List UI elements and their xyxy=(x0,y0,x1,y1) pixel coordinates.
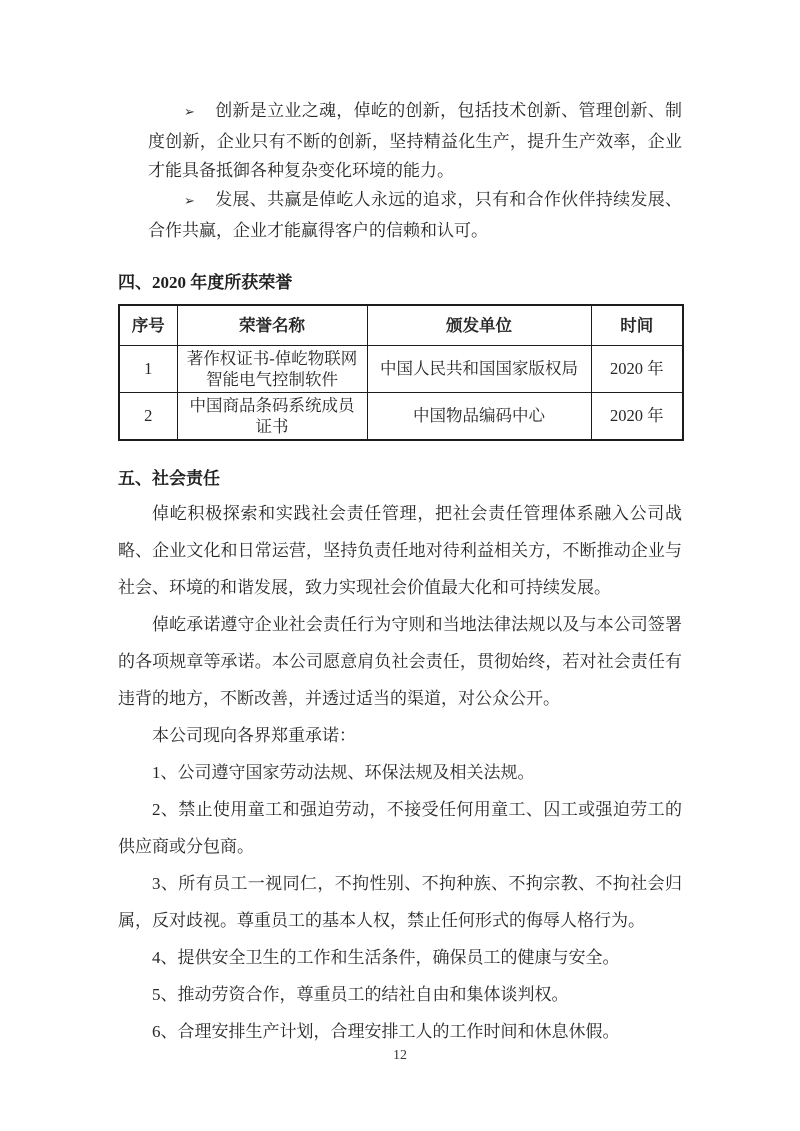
honors-table-header-row: 序号 荣誉名称 颁发单位 时间 xyxy=(119,305,683,345)
intro-bullet-1-text: 创新是立业之魂，倬屹的创新，包括技术创新、管理创新、制度创新，企业只有不断的创新… xyxy=(148,101,682,180)
page-number: 12 xyxy=(0,1048,800,1064)
commitment-item-2: 2、禁止使用童工和强迫劳动，不接受任何用童工、囚工或强迫劳工的供应商或分包商。 xyxy=(118,791,682,865)
intro-bullet-2-text: 发展、共赢是倬屹人永远的追求，只有和合作伙伴持续发展、合作共赢，企业才能赢得客户… xyxy=(148,190,682,240)
honors-header-index: 序号 xyxy=(119,305,177,345)
honors-table: 序号 荣誉名称 颁发单位 时间 1 著作权证书-倬屹物联网智能电气控制软件 中国… xyxy=(118,304,684,441)
honor-1-name: 著作权证书-倬屹物联网智能电气控制软件 xyxy=(177,345,367,392)
table-row: 2 中国商品条码系统成员证书 中国物品编码中心 2020 年 xyxy=(119,392,683,440)
honor-2-time: 2020 年 xyxy=(591,392,683,440)
arrow-bullet-icon: ➢ xyxy=(184,194,195,209)
honors-header-name: 荣誉名称 xyxy=(177,305,367,345)
responsibility-paragraph-2: 倬屹承诺遵守企业社会责任行为守则和当地法律法规以及与本公司签署的各项规章等承诺。… xyxy=(118,606,682,717)
honor-1-issuer: 中国人民共和国国家版权局 xyxy=(367,345,591,392)
commitment-item-4: 4、提供安全卫生的工作和生活条件，确保员工的健康与安全。 xyxy=(118,939,682,976)
arrow-bullet-icon: ➢ xyxy=(184,105,195,120)
honor-1-index: 1 xyxy=(119,345,177,392)
honors-section-heading: 四、2020 年度所获荣誉 xyxy=(118,271,682,295)
intro-bullet-2: ➢发展、共赢是倬屹人永远的追求，只有和合作伙伴持续发展、合作共赢，企业才能赢得客… xyxy=(148,185,682,245)
commitment-item-1: 1、公司遵守国家劳动法规、环保法规及相关法规。 xyxy=(118,754,682,791)
intro-bullet-1: ➢创新是立业之魂，倬屹的创新，包括技术创新、管理创新、制度创新，企业只有不断的创… xyxy=(148,96,682,185)
responsibility-paragraph-3: 本公司现向各界郑重承诺： xyxy=(118,717,682,754)
honors-header-issuer: 颁发单位 xyxy=(367,305,591,345)
honor-1-time: 2020 年 xyxy=(591,345,683,392)
responsibility-section-heading: 五、社会责任 xyxy=(118,467,682,491)
honor-2-issuer: 中国物品编码中心 xyxy=(367,392,591,440)
commitment-item-3: 3、所有员工一视同仁，不拘性别、不拘种族、不拘宗教、不拘社会归属，反对歧视。尊重… xyxy=(118,865,682,939)
table-row: 1 著作权证书-倬屹物联网智能电气控制软件 中国人民共和国国家版权局 2020 … xyxy=(119,345,683,392)
page-content: ➢创新是立业之魂，倬屹的创新，包括技术创新、管理创新、制度创新，企业只有不断的创… xyxy=(118,96,682,1050)
honor-2-name: 中国商品条码系统成员证书 xyxy=(177,392,367,440)
responsibility-paragraph-1: 倬屹积极探索和实践社会责任管理，把社会责任管理体系融入公司战略、企业文化和日常运… xyxy=(118,495,682,606)
document-page: ➢创新是立业之魂，倬屹的创新，包括技术创新、管理创新、制度创新，企业只有不断的创… xyxy=(0,0,800,1131)
honor-2-index: 2 xyxy=(119,392,177,440)
honors-header-time: 时间 xyxy=(591,305,683,345)
commitment-item-5: 5、推动劳资合作，尊重员工的结社自由和集体谈判权。 xyxy=(118,976,682,1013)
commitment-item-6: 6、合理安排生产计划，合理安排工人的工作时间和休息休假。 xyxy=(118,1013,682,1050)
